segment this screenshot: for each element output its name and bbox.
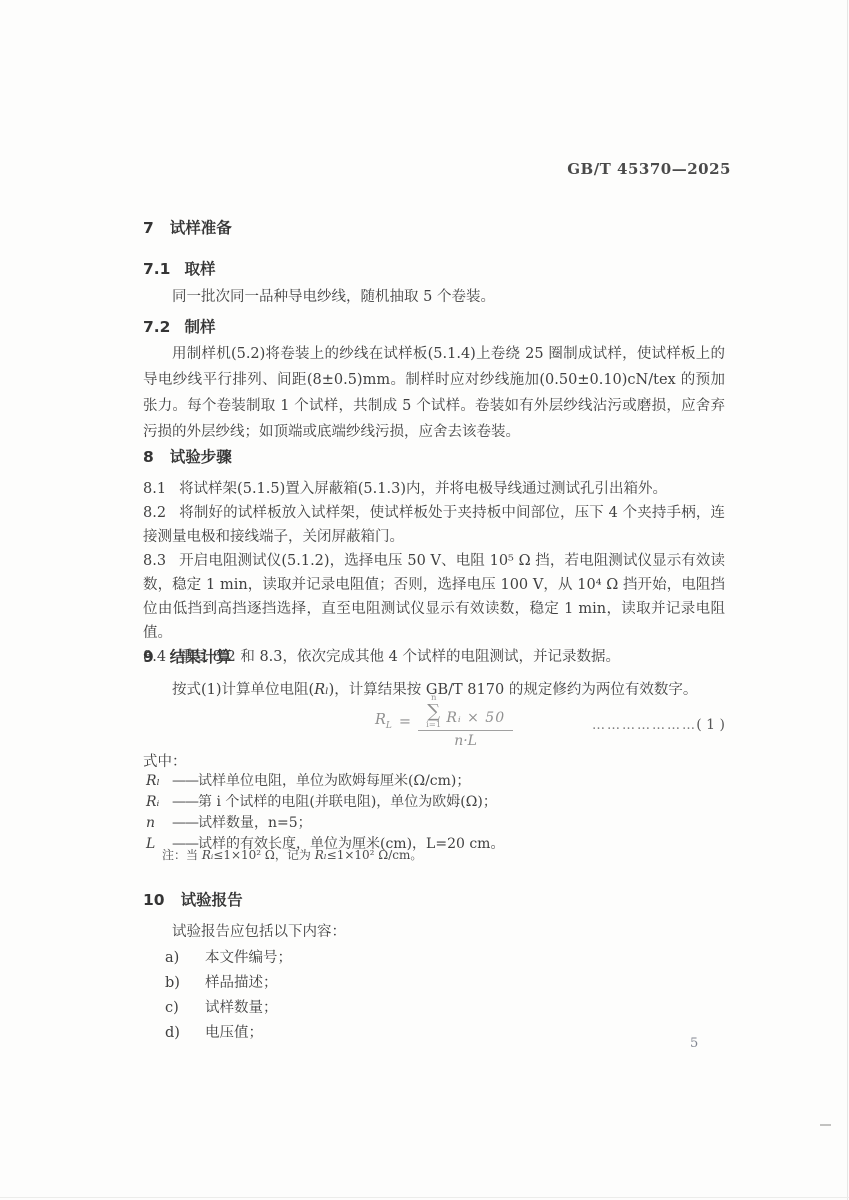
item-text: 试样数量； (205, 996, 278, 1021)
clause-8-2: 8.2将制好的试样板放入试样架，使试样板处于夹持板中间部位，压下 4 个夹持手柄… (143, 501, 725, 549)
section-10-number: 10 (143, 891, 165, 909)
note-symbol-RL: Rₗ (315, 848, 327, 862)
clause-number: 8.2 (143, 505, 166, 521)
section-10-title: 试验报告 (181, 891, 243, 909)
dot-leader: ………………… (592, 718, 697, 733)
equals-sign: = (399, 714, 411, 730)
definition-symbol: n (146, 813, 172, 834)
equation-1: RL = n ∑ i=1 Rᵢ × 50 n·L ………………… ( 1 ) (143, 694, 725, 756)
scan-edge-right (847, 0, 848, 1200)
page-number: 5 (690, 1037, 698, 1050)
where-label: 式中： (143, 755, 725, 770)
section-7-1-number: 7.1 (143, 260, 170, 278)
denominator: n·L (454, 731, 477, 749)
report-item-c: c)试样数量； (165, 996, 721, 1021)
definition-text: 试样数量，n=5； (198, 813, 725, 834)
scan-edge-bottom (0, 1197, 849, 1198)
section-7-1-heading: 7.1取样 (143, 262, 725, 278)
note-symbol-Ri: Rᵢ (202, 848, 213, 862)
definition-n: n——试样数量，n=5； (146, 813, 725, 834)
section-9-number: 9 (143, 648, 154, 666)
fraction: n ∑ i=1 Rᵢ × 50 n·L (418, 694, 513, 749)
numerator: n ∑ i=1 Rᵢ × 50 (418, 694, 513, 731)
item-text: 电压值； (205, 1021, 263, 1046)
section-9-heading: 9结果计算 (143, 650, 725, 666)
clause-8-1: 8.1将试样架(5.1.5)置入屏蔽箱(5.1.3)内，并将电极导线通过测试孔引… (143, 477, 725, 501)
section-7-1-paragraph: 同一批次同一品种导电纱线，随机抽取 5 个卷装。 (143, 284, 725, 310)
document-page: GB/T 45370—2025 7试样准备 7.1取样 同一批次同一品种导电纱线… (0, 0, 849, 1200)
item-text: 本文件编号； (205, 946, 292, 971)
section-7-2-paragraph: 用制样机(5.2)将卷装上的纱线在试样板(5.1.4)上卷绕 25 圈制成试样，… (143, 341, 725, 445)
paragraph-text: 用制样机(5.2)将卷装上的纱线在试样板(5.1.4)上卷绕 25 圈制成试样，… (143, 341, 725, 445)
section-7-2-title: 制样 (184, 318, 215, 336)
clause-8-3: 8.3开启电阻测试仪(5.1.2)，选择电压 50 V、电阻 10⁵ Ω 挡，若… (143, 549, 725, 645)
item-label: b) (165, 971, 205, 996)
scan-artifact-dash (820, 1124, 831, 1126)
section-10-intro: 试验报告应包括以下内容： (143, 919, 725, 945)
report-item-list: a)本文件编号； b)样品描述； c)试样数量； d)电压值； (165, 946, 721, 1046)
clause-text: 将制好的试样板放入试样架，使试样板处于夹持板中间部位，压下 4 个夹持手柄，连接… (143, 505, 725, 545)
section-9-title: 结果计算 (170, 648, 232, 666)
definition-dash: —— (172, 792, 198, 813)
definition-text: 第 i 个试样的电阻(并联电阻)，单位为欧姆(Ω)； (198, 792, 725, 813)
equation-number: ( 1 ) (696, 717, 725, 733)
section-7-heading: 7试样准备 (143, 221, 725, 237)
clause-text: 将试样架(5.1.5)置入屏蔽箱(5.1.3)内，并将电极导线通过测试孔引出箱外… (179, 481, 667, 497)
numerator-terms: Rᵢ × 50 (446, 710, 505, 729)
item-label: c) (165, 996, 205, 1021)
section-7-2-number: 7.2 (143, 318, 170, 336)
report-item-a: a)本文件编号； (165, 946, 721, 971)
section-7-title: 试样准备 (170, 219, 232, 237)
section-8-number: 8 (143, 448, 154, 466)
section-7-1-title: 取样 (184, 260, 215, 278)
section-8-heading: 8试验步骤 (143, 450, 725, 466)
clause-text: 开启电阻测试仪(5.1.2)，选择电压 50 V、电阻 10⁵ Ω 挡，若电阻测… (143, 553, 725, 641)
standard-code: GB/T 45370—2025 (567, 162, 731, 177)
equation-body: RL = n ∑ i=1 Rᵢ × 50 n·L (375, 694, 513, 749)
section-7-2-heading: 7.2制样 (143, 320, 725, 336)
definition-symbol: Rₗ (146, 771, 172, 792)
definition-symbol: Rᵢ (146, 792, 172, 813)
summation-symbol: n ∑ i=1 (426, 694, 441, 729)
clause-number: 8.1 (143, 481, 166, 497)
symbol-definitions: Rₗ——试样单位电阻，单位为欧姆每厘米(Ω/cm)； Rᵢ——第 i 个试样的电… (146, 771, 725, 855)
clause-number: 8.3 (143, 553, 166, 569)
report-item-d: d)电压值； (165, 1021, 721, 1046)
section-7-number: 7 (143, 219, 154, 237)
section-8-clauses: 8.1将试样架(5.1.5)置入屏蔽箱(5.1.3)内，并将电极导线通过测试孔引… (143, 477, 725, 669)
item-label: d) (165, 1021, 205, 1046)
definition-dash: —— (172, 813, 198, 834)
note: 注：当 Rᵢ≤1×10² Ω，记为 Rₗ≤1×10² Ω/cm。 (162, 848, 722, 864)
section-10-heading: 10试验报告 (143, 893, 725, 909)
equation-lhs: RL (375, 712, 392, 731)
item-label: a) (165, 946, 205, 971)
paragraph-text: 试验报告应包括以下内容： (143, 919, 725, 945)
section-8-title: 试验步骤 (170, 448, 232, 466)
definition-text: 试样单位电阻，单位为欧姆每厘米(Ω/cm)； (198, 771, 725, 792)
definition-Ri: Rᵢ——第 i 个试样的电阻(并联电阻)，单位为欧姆(Ω)； (146, 792, 725, 813)
definition-RL: Rₗ——试样单位电阻，单位为欧姆每厘米(Ω/cm)； (146, 771, 725, 792)
report-item-b: b)样品描述； (165, 971, 721, 996)
note-post: ≤1×10² Ω/cm。 (327, 848, 423, 862)
paragraph-text: 同一批次同一品种导电纱线，随机抽取 5 个卷装。 (143, 284, 725, 310)
note-pre: 注：当 (162, 848, 202, 862)
definition-dash: —— (172, 771, 198, 792)
item-text: 样品描述； (205, 971, 278, 996)
note-mid: ≤1×10² Ω，记为 (213, 848, 314, 862)
